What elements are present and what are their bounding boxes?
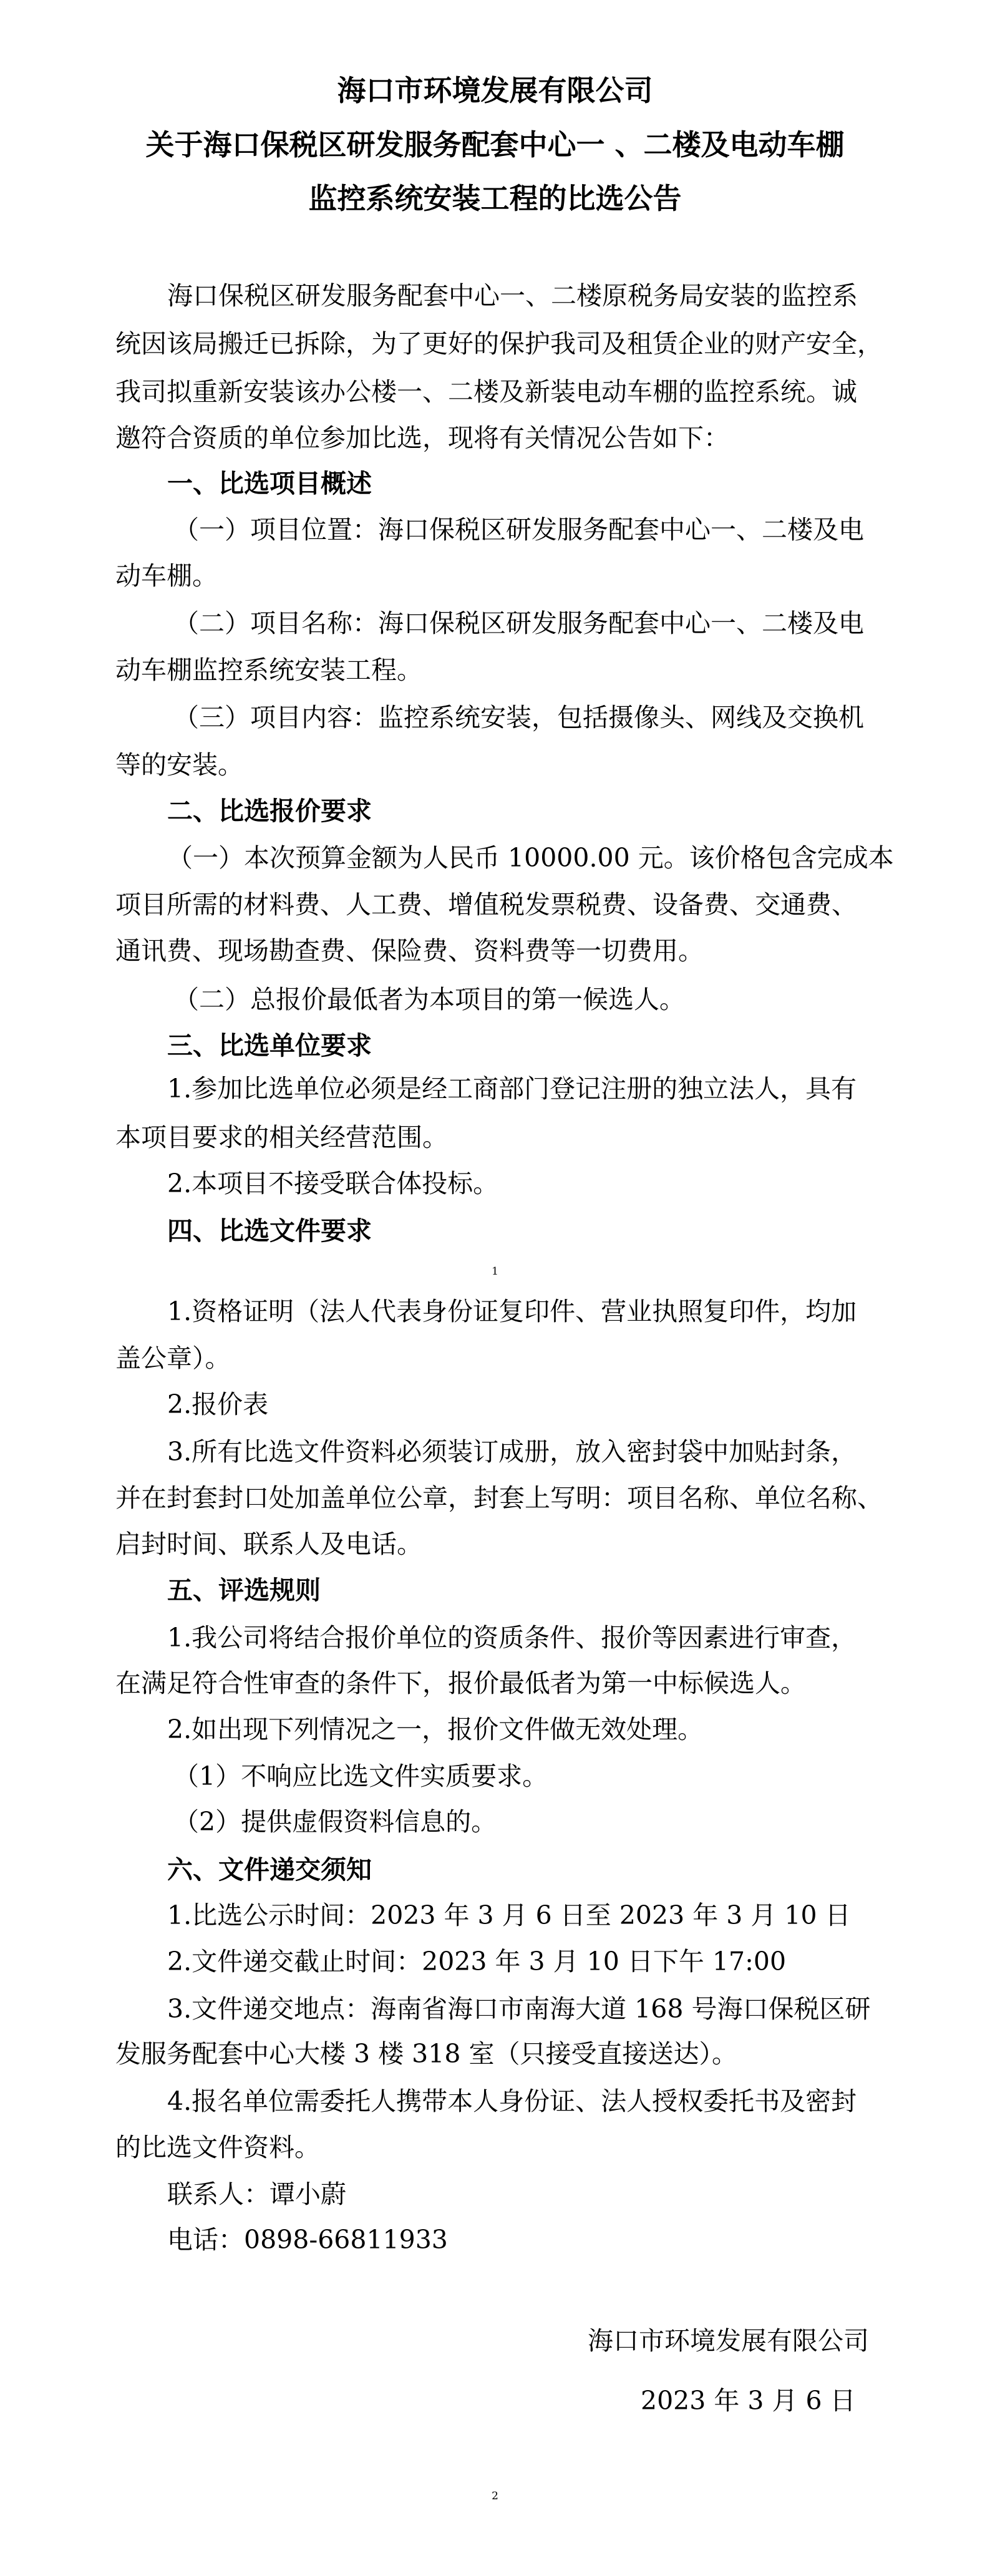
s1-line-5: （三）项目内容：监控系统安装，包括摄像头、网线及交换机 bbox=[173, 702, 864, 733]
signature-date: 2023 年 3 月 6 日 bbox=[641, 2385, 856, 2416]
s1-line-4: 动车棚监控系统安装工程。 bbox=[115, 654, 422, 686]
s1-line-6: 等的安装。 bbox=[115, 749, 243, 780]
s2-line-4: （二）总报价最低者为本项目的第一候选人。 bbox=[173, 984, 685, 1015]
section-heading-5: 五、评选规则 bbox=[167, 1575, 321, 1606]
s5-line-3: 2.如出现下列情况之一，报价文件做无效处理。 bbox=[167, 1714, 703, 1745]
s2-line-2: 项目所需的材料费、人工费、增值税发票税费、设备费、交通费、 bbox=[115, 889, 857, 920]
doc-title-line2: 关于海口保税区研发服务配套中心一 、二楼及电动车棚 bbox=[0, 127, 990, 162]
s4-line-1: 1.资格证明（法人代表身份证复印件、营业执照复印件，均加 bbox=[167, 1296, 857, 1327]
page-number-2: 2 bbox=[0, 2490, 990, 2502]
s2-line-1: （一）本次预算金额为人民币 10000.00 元。该价格包含完成本 bbox=[167, 842, 894, 873]
s1-line-3: （二）项目名称：海口保税区研发服务配套中心一、二楼及电 bbox=[173, 608, 864, 639]
s4-line-4: 3.所有比选文件资料必须装订成册，放入密封袋中加贴封条， bbox=[167, 1436, 857, 1467]
section-heading-6: 六、文件递交须知 bbox=[167, 1854, 372, 1885]
s4-line-5: 并在封套封口处加盖单位公章，封套上写明：项目名称、单位名称、 bbox=[115, 1482, 883, 1514]
s6-line-3: 3.文件递交地点：海南省海口市南海大道 168 号海口保税区研 bbox=[167, 1993, 870, 2024]
section-heading-1: 一、比选项目概述 bbox=[167, 468, 372, 499]
s6-line-2: 2.文件递交截止时间：2023 年 3 月 10 日下午 17:00 bbox=[167, 1946, 786, 1977]
section-heading-4: 四、比选文件要求 bbox=[167, 1215, 372, 1247]
section-heading-3: 三、比选单位要求 bbox=[167, 1030, 372, 1061]
s4-line-2: 盖公章）。 bbox=[115, 1343, 231, 1374]
s6-line-5: 4.报名单位需委托人携带本人身份证、法人授权委托书及密封 bbox=[167, 2086, 857, 2117]
s3-line-1: 1.参加比选单位必须是经工商部门登记注册的独立法人，具有 bbox=[167, 1073, 857, 1104]
s1-line-1: （一）项目位置：海口保税区研发服务配套中心一、二楼及电 bbox=[173, 514, 864, 545]
s4-line-6: 启封时间、联系人及电话。 bbox=[115, 1529, 422, 1560]
doc-title-company: 海口市环境发展有限公司 bbox=[0, 73, 990, 108]
intro-line-3: 我司拟重新安装该办公楼一、二楼及新装电动车棚的监控系统。诚 bbox=[115, 376, 857, 407]
signature-company: 海口市环境发展有限公司 bbox=[588, 2325, 869, 2356]
contact-person: 联系人：谭小蔚 bbox=[167, 2179, 346, 2210]
page-number-1: 1 bbox=[0, 1265, 990, 1278]
doc-title-line3: 监控系统安装工程的比选公告 bbox=[0, 181, 990, 216]
s5-line-1: 1.我公司将结合报价单位的资质条件、报价等因素进行审查， bbox=[167, 1622, 857, 1653]
s6-line-6: 的比选文件资料。 bbox=[115, 2132, 320, 2163]
s2-line-3: 通讯费、现场勘查费、保险费、资料费等一切费用。 bbox=[115, 935, 704, 966]
s4-line-3: 2.报价表 bbox=[167, 1389, 268, 1420]
section-heading-2: 二、比选报价要求 bbox=[167, 795, 372, 827]
s3-line-3: 2.本项目不接受联合体投标。 bbox=[167, 1168, 498, 1199]
s6-line-1: 1.比选公示时间：2023 年 3 月 6 日至 2023 年 3 月 10 日 bbox=[167, 1900, 851, 1931]
s5-line-2: 在满足符合性审查的条件下，报价最低者为第一中标候选人。 bbox=[115, 1668, 806, 1699]
s6-line-4: 发服务配套中心大楼 3 楼 318 室（只接受直接送达）。 bbox=[115, 2038, 737, 2069]
s1-line-2: 动车棚。 bbox=[115, 560, 218, 591]
intro-line-4: 邀符合资质的单位参加比选，现将有关情况公告如下： bbox=[115, 422, 729, 454]
contact-phone: 电话：0898-66811933 bbox=[167, 2224, 448, 2255]
s3-line-2: 本项目要求的相关经营范围。 bbox=[115, 1122, 448, 1153]
s5-line-4: （1）不响应比选文件实质要求。 bbox=[173, 1761, 548, 1792]
intro-line-2: 统因该局搬迁已拆除，为了更好的保护我司及租赁企业的财产安全， bbox=[115, 328, 883, 359]
s5-line-5: （2）提供虚假资料信息的。 bbox=[173, 1806, 497, 1837]
intro-line-1: 海口保税区研发服务配套中心一、二楼原税务局安装的监控系 bbox=[167, 280, 858, 311]
